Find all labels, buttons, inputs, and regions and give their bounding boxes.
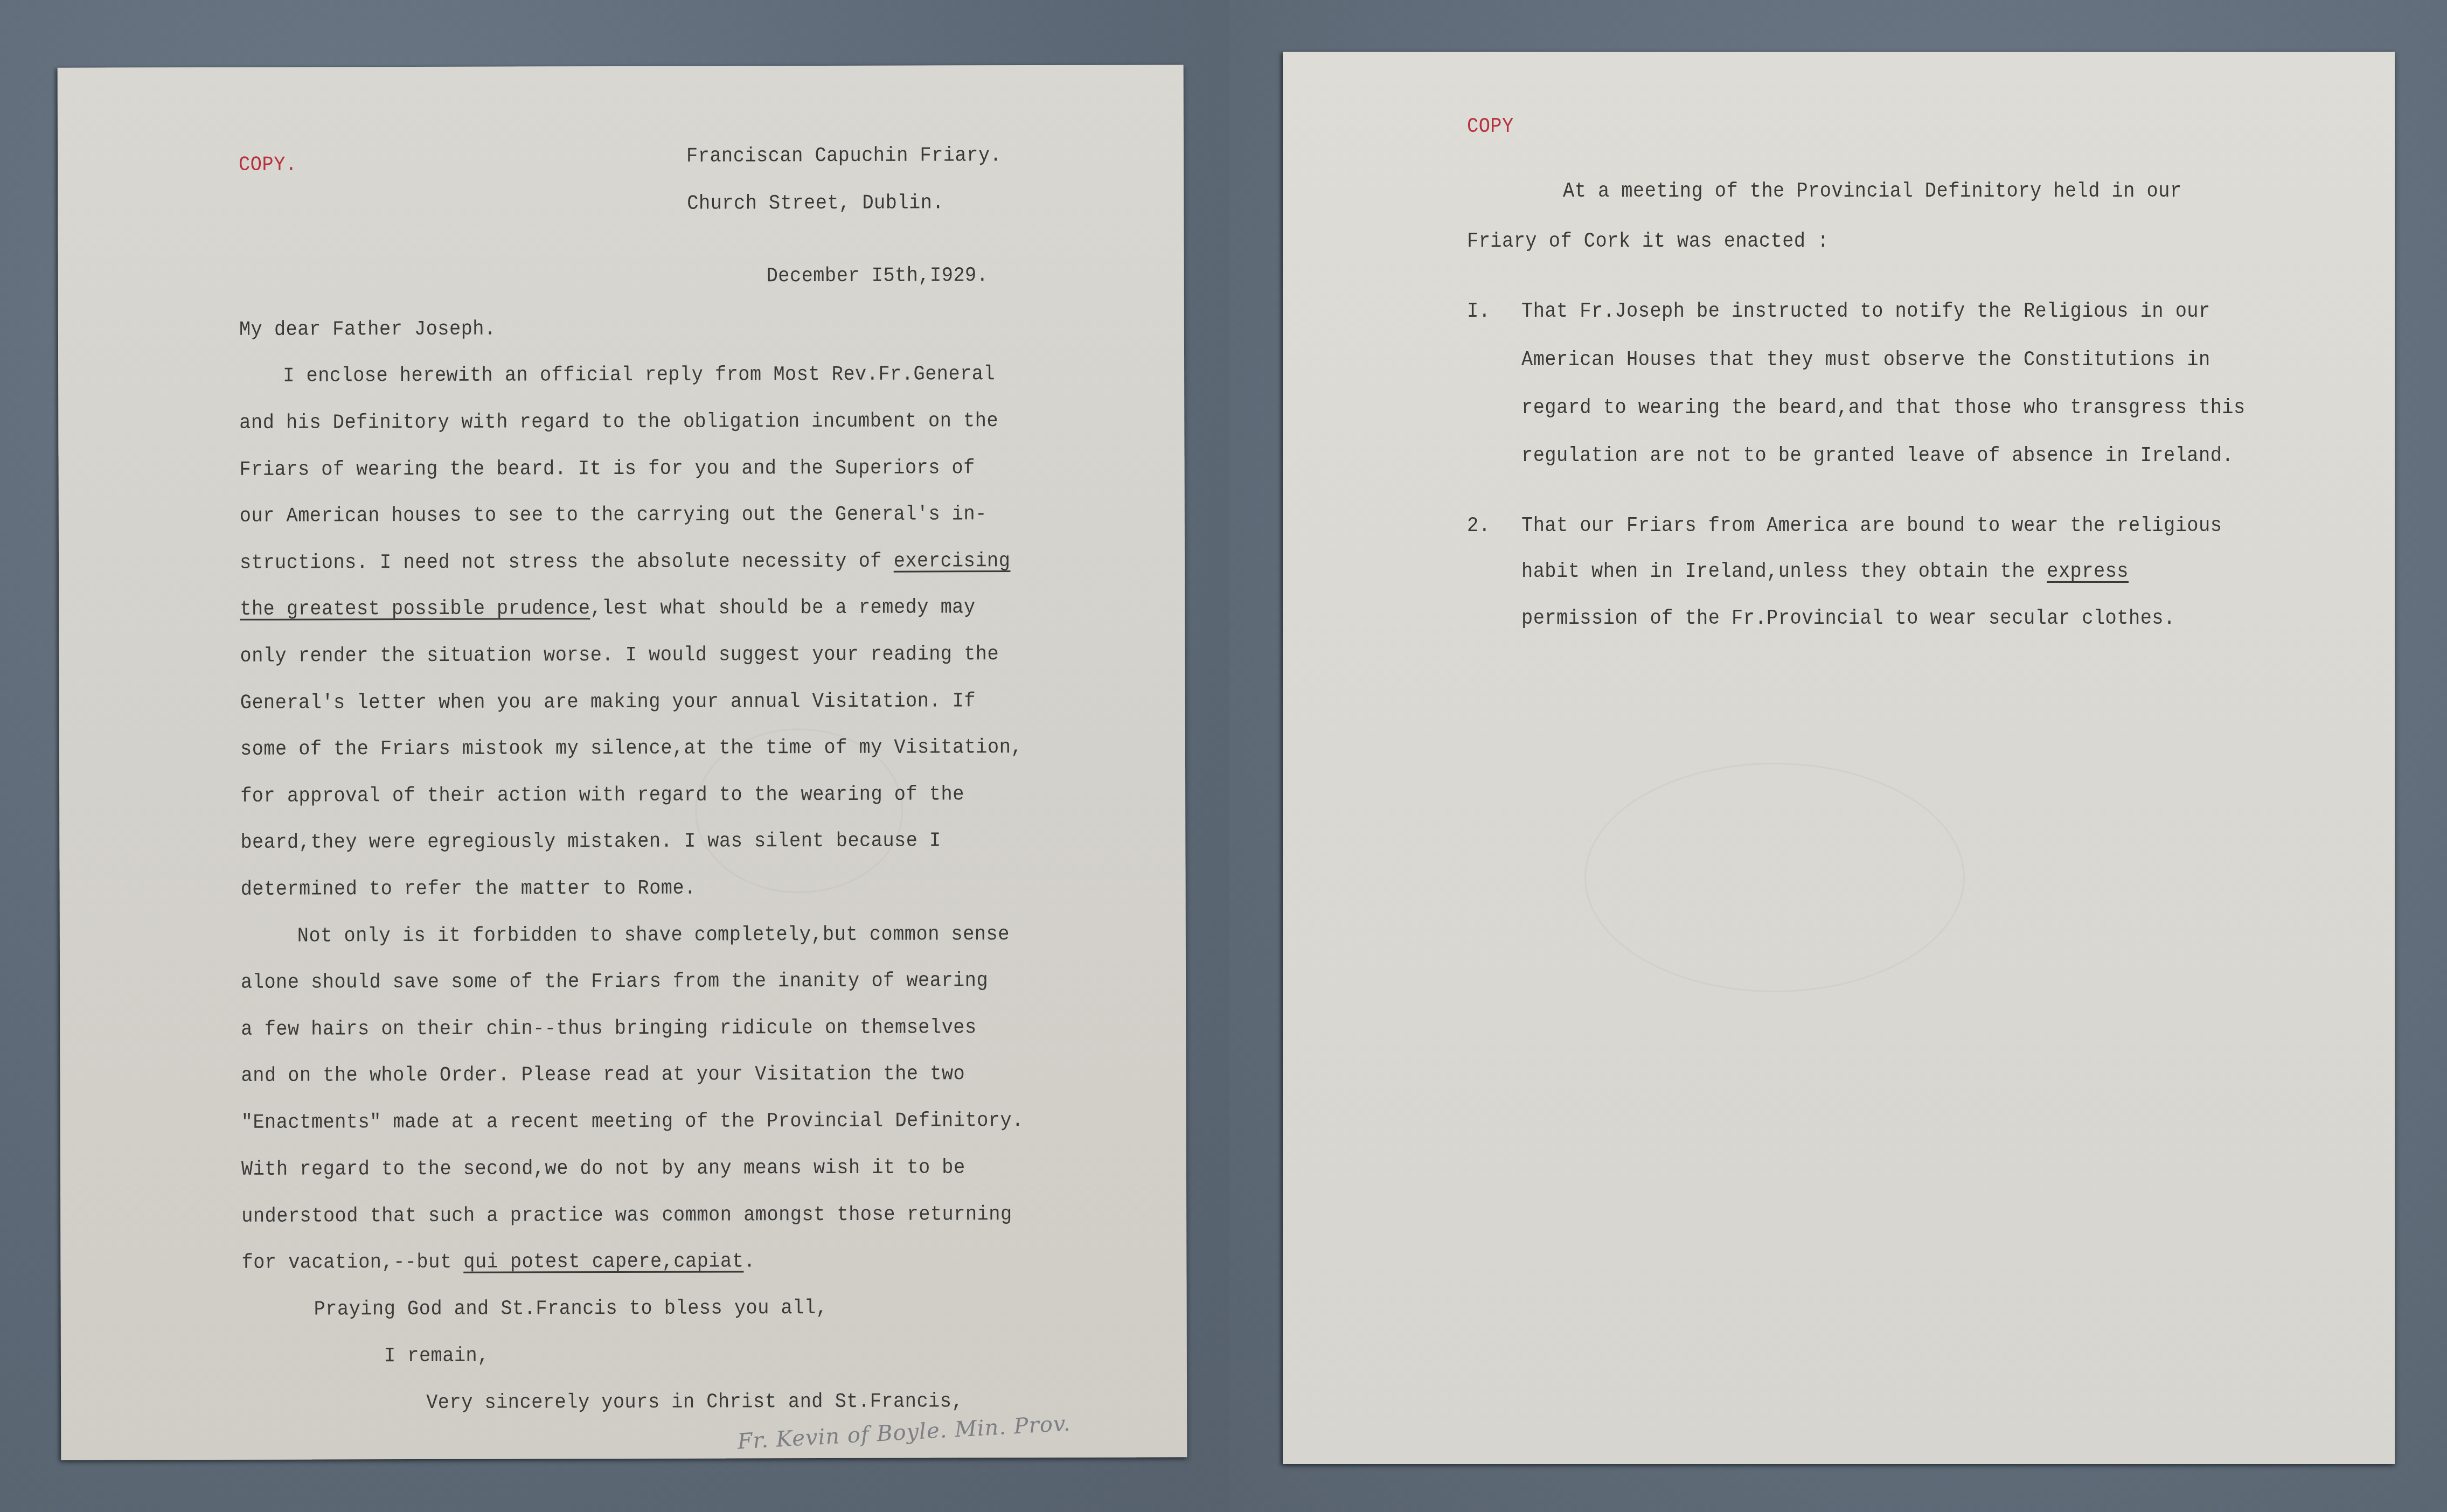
letter-date: December I5th,I929.: [767, 264, 989, 288]
body-line: Friars of wearing the beard. It is for y…: [240, 456, 975, 482]
greeting: My dear Father Joseph.: [239, 318, 496, 342]
enactment-line: American Houses that they must observe t…: [1521, 349, 2210, 372]
enactment-line: regulation are not to be granted leave o…: [1521, 444, 2234, 468]
body-line: the greatest possible prudence,lest what…: [240, 596, 975, 622]
enactment-line: habit when in Ireland,unless they obtain…: [1521, 560, 2129, 584]
address-line-2: Church Street, Dublin.: [687, 191, 944, 215]
intro-line-1: At a meeting of the Provincial Definitor…: [1563, 180, 2182, 204]
closing-blessing: Praying God and St.Francis to bless you …: [314, 1297, 828, 1321]
copy-mark: COPY: [1467, 115, 1514, 139]
body-text: ,lest what should be a remedy may: [590, 596, 975, 620]
enactment-number: 2.: [1467, 514, 1490, 538]
body-line: and on the whole Order. Please read at y…: [241, 1062, 965, 1088]
body-line: understood that such a practice was comm…: [241, 1203, 1012, 1229]
valediction: Very sincerely yours in Christ and St.Fr…: [426, 1390, 963, 1415]
enactment-line: permission of the Fr.Provincial to wear …: [1521, 607, 2175, 631]
body-line: our American houses to see to the carryi…: [240, 503, 987, 528]
enactments-page: COPY At a meeting of the Provincial Defi…: [1283, 52, 2395, 1464]
body-line: General's letter when you are making you…: [240, 689, 976, 715]
body-line: some of the Friars mistook my silence,at…: [240, 736, 1023, 762]
body-line: Not only is it forbidden to shave comple…: [297, 923, 1010, 948]
body-text: habit when in Ireland,unless they obtain…: [1521, 560, 2047, 583]
underlined-emphasis: the greatest possible prudence: [240, 597, 590, 621]
address-line-1: Franciscan Capuchin Friary.: [686, 144, 1002, 169]
handwritten-signature: Fr. Kevin of Boyle. Min. Prov.: [736, 1411, 1071, 1454]
body-line: "Enactments" made at a recent meeting of…: [241, 1109, 1024, 1135]
body-line: With regard to the second,we do not by a…: [241, 1156, 965, 1182]
body-text: structions. I need not stress the absolu…: [240, 550, 894, 575]
copy-mark: COPY.: [239, 154, 297, 177]
body-line: structions. I need not stress the absolu…: [240, 549, 1011, 575]
body-line: I enclose herewith an official reply fro…: [283, 363, 995, 388]
body-line: for vacation,--but qui potest capere,cap…: [241, 1250, 755, 1274]
enactment-number: I.: [1467, 300, 1490, 324]
latin-phrase: qui potest capere,capiat: [463, 1250, 743, 1273]
body-line: and his Definitory with regard to the ob…: [239, 409, 998, 435]
body-text: for vacation,--but: [241, 1251, 463, 1274]
body-line: alone should save some of the Friars fro…: [241, 969, 988, 995]
body-text: .: [743, 1250, 755, 1273]
body-line: only render the situation worse. I would…: [240, 643, 999, 668]
faint-stamp-mark: [1584, 763, 1965, 992]
body-line: determined to refer the matter to Rome.: [241, 877, 696, 902]
intro-line-2: Friary of Cork it was enacted :: [1467, 230, 1829, 254]
body-line: for approval of their action with regard…: [240, 783, 964, 809]
enactment-line: regard to wearing the beard,and that tho…: [1521, 396, 2246, 420]
enactment-line: That Fr.Joseph be instructed to notify t…: [1521, 300, 2210, 324]
underlined-emphasis: exercising: [894, 549, 1011, 573]
enactment-line: That our Friars from America are bound t…: [1521, 514, 2222, 538]
underlined-emphasis: express: [2047, 560, 2129, 583]
body-line: beard,they were egregiously mistaken. I …: [240, 829, 941, 854]
body-line: a few hairs on their chin--thus bringing…: [241, 1016, 976, 1042]
closing-remain: I remain,: [384, 1344, 489, 1369]
letter-page: COPY. Franciscan Capuchin Friary. Church…: [58, 65, 1187, 1460]
